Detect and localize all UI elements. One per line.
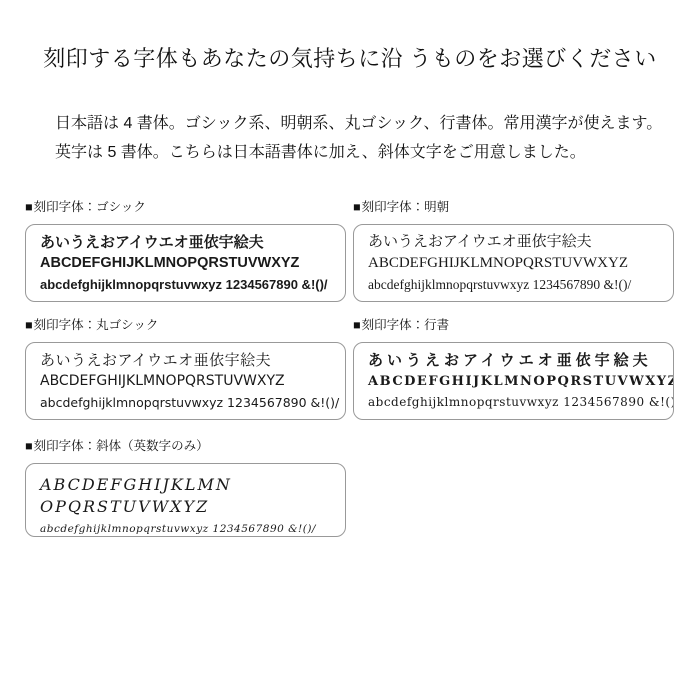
sample-line-japanese: あいうえおアイウエオ亜依宇絵夫 — [40, 350, 335, 371]
sample-line-lowercase-numbers: abcdefghijklmnopqrstuvwxyz 1234567890 &!… — [40, 518, 335, 537]
sample-box-gyosho: あいうえおアイウエオ亜依宇絵夫 ABCDEFGHIJKLMNOPQRSTUVWX… — [353, 342, 674, 420]
font-sample-italic: ■刻印字体：斜体（英数字のみ） ABCDEFGHIJKLMN OPQRSTUVW… — [25, 436, 346, 537]
sample-line-japanese: あいうえおアイウエオ亜依宇絵夫 — [40, 232, 335, 253]
sample-line-uppercase: ABCDEFGHIJKLMNOPQRSTUVWXYZ — [40, 371, 335, 392]
sample-line-uppercase-2: OPQRSTUVWXYZ — [40, 496, 335, 518]
sample-label-text: 刻印字体：明朝 — [362, 200, 450, 214]
sample-line-uppercase-1: ABCDEFGHIJKLMN — [40, 474, 335, 496]
font-sample-gyosho: ■刻印字体：行書 あいうえおアイウエオ亜依宇絵夫 ABCDEFGHIJKLMNO… — [353, 315, 674, 420]
sample-line-japanese: あいうえおアイウエオ亜依宇絵夫 — [368, 232, 663, 253]
sample-line-lowercase-numbers: abcdefghijklmnopqrstuvwxyz 1234567890 &!… — [40, 274, 335, 295]
sample-line-uppercase: ABCDEFGHIJKLMNOPQRSTUVWXYZ — [40, 253, 335, 274]
sample-box-gothic: あいうえおアイウエオ亜依宇絵夫 ABCDEFGHIJKLMNOPQRSTUVWX… — [25, 224, 346, 302]
sample-label-gyosho: ■刻印字体：行書 — [353, 315, 674, 333]
font-selection-page: { "page": { "title": "刻印する字体もあなたの気持ちに沿 う… — [0, 0, 700, 700]
sample-line-uppercase: ABCDEFGHIJKLMNOPQRSTUVWXYZ — [368, 253, 663, 274]
sample-label-gothic: ■刻印字体：ゴシック — [25, 197, 346, 215]
sample-label-italic: ■刻印字体：斜体（英数字のみ） — [25, 436, 346, 454]
sample-label-text: 刻印字体：丸ゴシック — [34, 318, 159, 332]
sample-label-text: 刻印字体：斜体（英数字のみ） — [34, 439, 209, 453]
sample-label-text: 刻印字体：行書 — [362, 318, 450, 332]
sample-box-mincho: あいうえおアイウエオ亜依宇絵夫 ABCDEFGHIJKLMNOPQRSTUVWX… — [353, 224, 674, 302]
font-sample-maru-gothic: ■刻印字体：丸ゴシック あいうえおアイウエオ亜依宇絵夫 ABCDEFGHIJKL… — [25, 315, 346, 420]
sample-label-text: 刻印字体：ゴシック — [34, 200, 146, 214]
description-line-2: 英字は 5 書体。こちらは日本語書体に加え、斜体文字をご用意しました。 — [55, 138, 665, 167]
font-sample-gothic: ■刻印字体：ゴシック あいうえおアイウエオ亜依宇絵夫 ABCDEFGHIJKLM… — [25, 197, 346, 302]
description-line-1: 日本語は 4 書体。ゴシック系、明朝系、丸ゴシック、行書体。常用漢字が使えます。 — [55, 109, 665, 138]
square-bullet-icon: ■ — [25, 200, 33, 214]
square-bullet-icon: ■ — [353, 200, 361, 214]
page-title: 刻印する字体もあなたの気持ちに沿 うものをお選びください — [0, 42, 700, 73]
square-bullet-icon: ■ — [25, 318, 33, 332]
description: 日本語は 4 書体。ゴシック系、明朝系、丸ゴシック、行書体。常用漢字が使えます。… — [55, 109, 665, 167]
sample-line-uppercase: ABCDEFGHIJKLMNOPQRSTUVWXYZ — [368, 371, 663, 392]
font-sample-mincho: ■刻印字体：明朝 あいうえおアイウエオ亜依宇絵夫 ABCDEFGHIJKLMNO… — [353, 197, 674, 302]
sample-label-mincho: ■刻印字体：明朝 — [353, 197, 674, 215]
sample-line-lowercase-numbers: abcdefghijklmnopqrstuvwxyz 1234567890 &!… — [368, 392, 663, 413]
sample-box-italic: ABCDEFGHIJKLMN OPQRSTUVWXYZ abcdefghijkl… — [25, 463, 346, 537]
square-bullet-icon: ■ — [25, 439, 33, 453]
sample-label-maru-gothic: ■刻印字体：丸ゴシック — [25, 315, 346, 333]
square-bullet-icon: ■ — [353, 318, 361, 332]
sample-line-japanese: あいうえおアイウエオ亜依宇絵夫 — [368, 350, 663, 371]
sample-line-lowercase-numbers: abcdefghijklmnopqrstuvwxyz 1234567890 &!… — [368, 274, 663, 295]
sample-box-maru-gothic: あいうえおアイウエオ亜依宇絵夫 ABCDEFGHIJKLMNOPQRSTUVWX… — [25, 342, 346, 420]
sample-line-lowercase-numbers: abcdefghijklmnopqrstuvwxyz 1234567890 &!… — [40, 392, 335, 413]
